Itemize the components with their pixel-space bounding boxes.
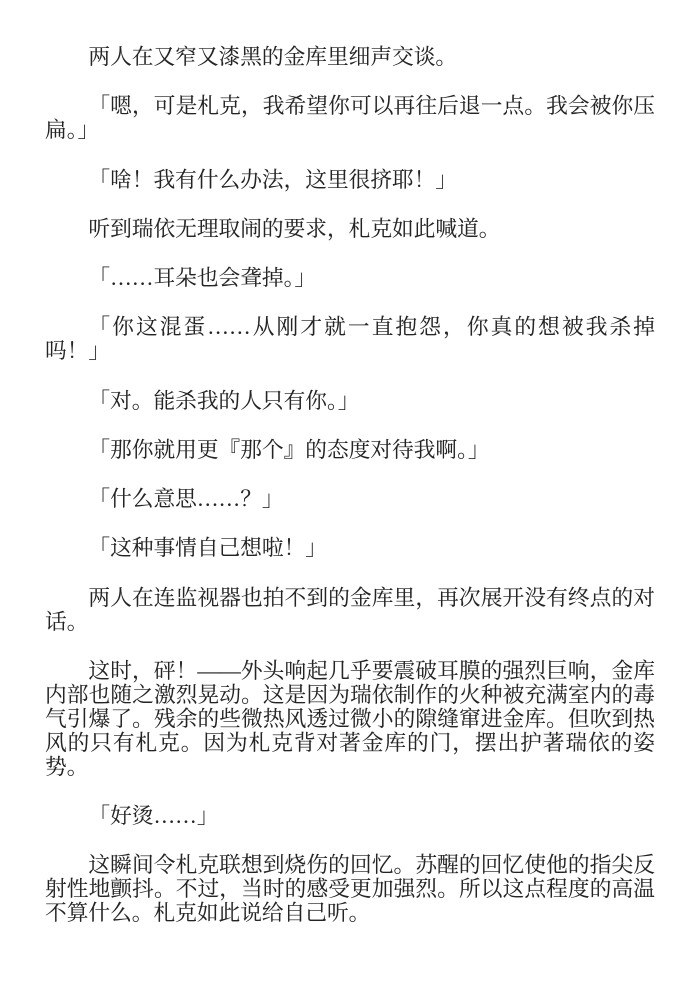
paragraph-dialogue: 「那你就用更『那个』的态度对待我啊。」 bbox=[45, 439, 655, 463]
book-page: 两人在又窄又漆黑的金库里细声交谈。 「嗯，可是札克，我希望你可以再往后退一点。我… bbox=[0, 0, 700, 992]
paragraph-narration: 听到瑞依无理取闹的要求，札克如此喊道。 bbox=[45, 218, 655, 242]
paragraph-narration: 这时，砰！——外头响起几乎要震破耳膜的强烈巨响，金库内部也随之激烈晃动。这是因为… bbox=[45, 660, 655, 780]
paragraph-dialogue: 「好烫……」 bbox=[45, 805, 655, 829]
paragraph-dialogue: 「什么意思……？」 bbox=[45, 488, 655, 512]
paragraph-dialogue: 「对。能杀我的人只有你。」 bbox=[45, 390, 655, 414]
paragraph-dialogue: 「你这混蛋……从刚才就一直抱怨，你真的想被我杀掉吗！」 bbox=[45, 316, 655, 364]
paragraph-dialogue: 「嗯，可是札克，我希望你可以再往后退一点。我会被你压扁。」 bbox=[45, 95, 655, 143]
paragraph-narration: 这瞬间令札克联想到烧伤的回忆。苏醒的回忆使他的指尖反射性地颤抖。不过，当时的感受… bbox=[45, 854, 655, 926]
text-column: 两人在又窄又漆黑的金库里细声交谈。 「嗯，可是札克，我希望你可以再往后退一点。我… bbox=[0, 0, 700, 992]
paragraph-dialogue: 「这种事情自己想啦！」 bbox=[45, 537, 655, 561]
paragraph-narration: 两人在又窄又漆黑的金库里细声交谈。 bbox=[45, 46, 655, 70]
paragraph-dialogue: 「……耳朵也会聋掉。」 bbox=[45, 267, 655, 291]
paragraph-narration: 两人在连监视器也拍不到的金库里，再次展开没有终点的对话。 bbox=[45, 587, 655, 635]
paragraph-dialogue: 「啥！我有什么办法，这里很挤耶！」 bbox=[45, 169, 655, 193]
